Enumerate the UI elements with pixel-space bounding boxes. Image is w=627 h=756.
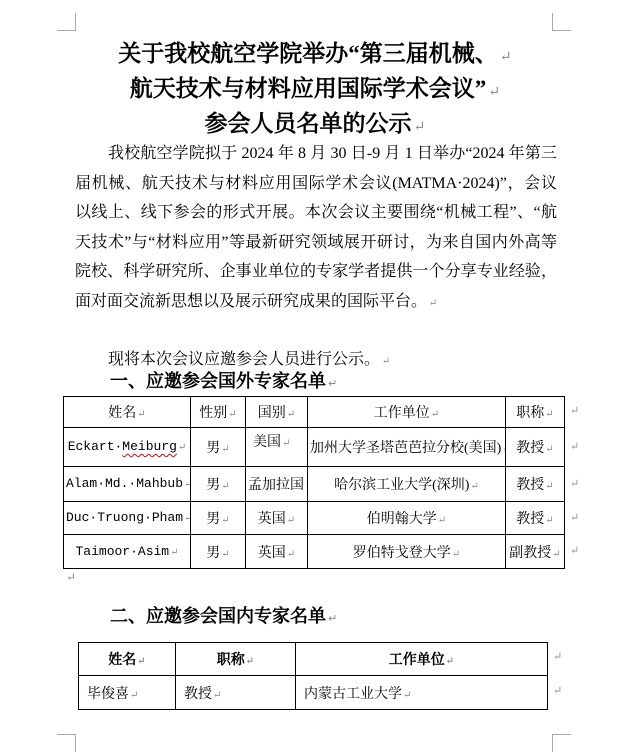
header-name: 姓名↵ [79, 643, 176, 676]
section-heading-foreign-experts: 一、应邀参会国外专家名单↵ [75, 369, 557, 396]
cell-organization: 哈尔滨工业大学(深圳)↵ [308, 467, 506, 502]
paragraph-mark-icon: ↵ [414, 119, 426, 135]
cell-end-mark-icon: ↵ [137, 656, 145, 667]
misspelled-word: Meiburg [122, 439, 177, 454]
cell-title: 教授↵ [506, 502, 565, 535]
cell-end-mark-icon: ↵ [287, 409, 295, 420]
table-row: Alam·Md.·Mahbub↵ 男↵ 孟加拉国↵ 哈尔滨工业大学(深圳)↵ 教… [64, 467, 565, 502]
cell-country: 英国↵ [246, 502, 308, 535]
section-heading-domestic-experts: 二、应邀参会国内专家名单↵ [75, 604, 557, 631]
margin-crop-mark-bottom-left [57, 734, 76, 752]
cell-organization: 伯明翰大学↵ [308, 502, 506, 535]
row-end-mark-icon: ↵ [553, 684, 562, 697]
cell-end-mark-icon: ↵ [184, 479, 190, 490]
cell-gender: 男↵ [191, 467, 246, 502]
title-line-1: 关于我校航空学院举办“第三届机械、↵ [75, 38, 555, 73]
header-title: 职称↵ [176, 643, 296, 676]
cell-gender: 男↵ [191, 535, 246, 569]
paragraph-mark-icon: ↵ [500, 49, 512, 65]
cell-end-mark-icon: ↵ [184, 513, 190, 524]
cell-end-mark-icon: ↵ [170, 547, 178, 558]
cell-organization: 加州大学圣塔芭芭拉分校(美国)↵ [308, 428, 506, 467]
cell-end-mark-icon: ↵ [213, 690, 221, 701]
table-header-row: 姓名↵ 性别↵ 国别↵ 工作单位↵ 职称↵ [64, 397, 565, 428]
cell-end-mark-icon: ↵ [287, 549, 295, 560]
header-organization: 工作单位↵ [308, 397, 506, 428]
cell-end-mark-icon: ↵ [246, 656, 254, 667]
cell-name: Alam·Md.·Mahbub↵ [64, 467, 191, 502]
paragraph-mark-icon: ↵ [382, 356, 390, 367]
cell-end-mark-icon: ↵ [545, 409, 553, 420]
table-row: Eckart·Meiburg↵ 男↵ 美国↵ 加州大学圣塔芭芭拉分校(美国)↵ … [64, 428, 565, 467]
cell-end-mark-icon: ↵ [178, 442, 186, 453]
cell-organization: 罗伯特戈登大学↵ [308, 535, 506, 569]
cell-end-mark-icon: ↵ [545, 444, 553, 455]
cell-title: 副教授↵ [506, 535, 565, 569]
row-end-mark-icon: ↵ [570, 404, 579, 417]
cell-end-mark-icon: ↵ [221, 444, 229, 455]
row-end-mark-icon: ↵ [570, 440, 579, 453]
title-line-3: 参会人员名单的公示↵ [75, 108, 555, 143]
cell-country: 美国↵ [246, 428, 308, 467]
title-line-2: 航天技术与材料应用国际学术会议”↵ [75, 73, 555, 108]
cell-end-mark-icon: ↵ [287, 515, 295, 526]
table-row: 毕俊喜↵ 教授↵ 内蒙古工业大学↵ [79, 676, 548, 710]
paragraph-mark-icon: ↵ [488, 84, 500, 100]
table-row: Duc·Truong·Pham↵ 男↵ 英国↵ 伯明翰大学↵ 教授↵ [64, 502, 565, 535]
cell-end-mark-icon: ↵ [221, 515, 229, 526]
cell-country: 孟加拉国↵ [246, 467, 308, 502]
cell-name: 毕俊喜↵ [79, 676, 176, 710]
cell-end-mark-icon: ↵ [545, 515, 553, 526]
row-end-mark-icon: ↵ [570, 544, 579, 557]
cell-end-mark-icon: ↵ [438, 515, 446, 526]
cell-name: Eckart·Meiburg↵ [64, 428, 191, 467]
cell-gender: 男↵ [191, 502, 246, 535]
document-page: 关于我校航空学院举办“第三届机械、↵ 航天技术与材料应用国际学术会议”↵ 参会人… [0, 0, 627, 756]
margin-crop-mark-bottom-right [552, 734, 571, 752]
cell-end-mark-icon: ↵ [221, 481, 229, 492]
table-header-row: 姓名↵ 职称↵ 工作单位↵ [79, 643, 548, 676]
cell-end-mark-icon: ↵ [137, 409, 145, 420]
cell-end-mark-icon: ↵ [282, 438, 290, 449]
header-country: 国别↵ [246, 397, 308, 428]
cell-end-mark-icon: ↵ [470, 481, 478, 492]
cell-country: 英国↵ [246, 535, 308, 569]
foreign-experts-table: 姓名↵ 性别↵ 国别↵ 工作单位↵ 职称↵ Eckart·Meiburg↵ 男↵… [63, 396, 565, 569]
header-name: 姓名↵ [64, 397, 191, 428]
cell-name: Taimoor·Asim↵ [64, 535, 191, 569]
cell-end-mark-icon: ↵ [228, 409, 236, 420]
margin-crop-mark-top-right [552, 13, 571, 31]
cell-end-mark-icon: ↵ [452, 549, 460, 560]
row-end-mark-icon: ↵ [553, 650, 562, 663]
document-title: 关于我校航空学院举办“第三届机械、↵ 航天技术与材料应用国际学术会议”↵ 参会人… [75, 38, 555, 143]
cell-organization: 内蒙古工业大学↵ [296, 676, 548, 710]
paragraph-mark-icon: ↵ [429, 298, 437, 309]
row-end-mark-icon: ↵ [570, 477, 579, 490]
paragraph-mark-icon: ↵ [328, 378, 337, 390]
table-row: Taimoor·Asim↵ 男↵ 英国↵ 罗伯特戈登大学↵ 副教授↵ [64, 535, 565, 569]
cell-end-mark-icon: ↵ [221, 549, 229, 560]
cell-end-mark-icon: ↵ [130, 690, 138, 701]
body-paragraph-1: 我校航空学院拟于 2024 年 8 月 30 日-9 月 1 日举办“2024 … [75, 139, 557, 318]
empty-paragraph-mark-icon: ↵ [66, 570, 76, 585]
cell-end-mark-icon: ↵ [552, 549, 560, 560]
margin-crop-mark-top-left [57, 13, 76, 31]
header-title: 职称↵ [506, 397, 565, 428]
header-gender: 性别↵ [191, 397, 246, 428]
cell-name: Duc·Truong·Pham↵ [64, 502, 191, 535]
cell-end-mark-icon: ↵ [403, 690, 411, 701]
cell-title: 教授↵ [506, 467, 565, 502]
row-end-mark-icon: ↵ [570, 511, 579, 524]
cell-end-mark-icon: ↵ [431, 409, 439, 420]
cell-title: 教授↵ [176, 676, 296, 710]
cell-end-mark-icon: ↵ [446, 656, 454, 667]
paragraph-mark-icon: ↵ [328, 613, 337, 625]
domestic-experts-table: 姓名↵ 职称↵ 工作单位↵ 毕俊喜↵ 教授↵ 内蒙古工业大学↵ [78, 642, 548, 710]
cell-end-mark-icon: ↵ [545, 481, 553, 492]
cell-gender: 男↵ [191, 428, 246, 467]
cell-title: 教授↵ [506, 428, 565, 467]
header-organization: 工作单位↵ [296, 643, 548, 676]
